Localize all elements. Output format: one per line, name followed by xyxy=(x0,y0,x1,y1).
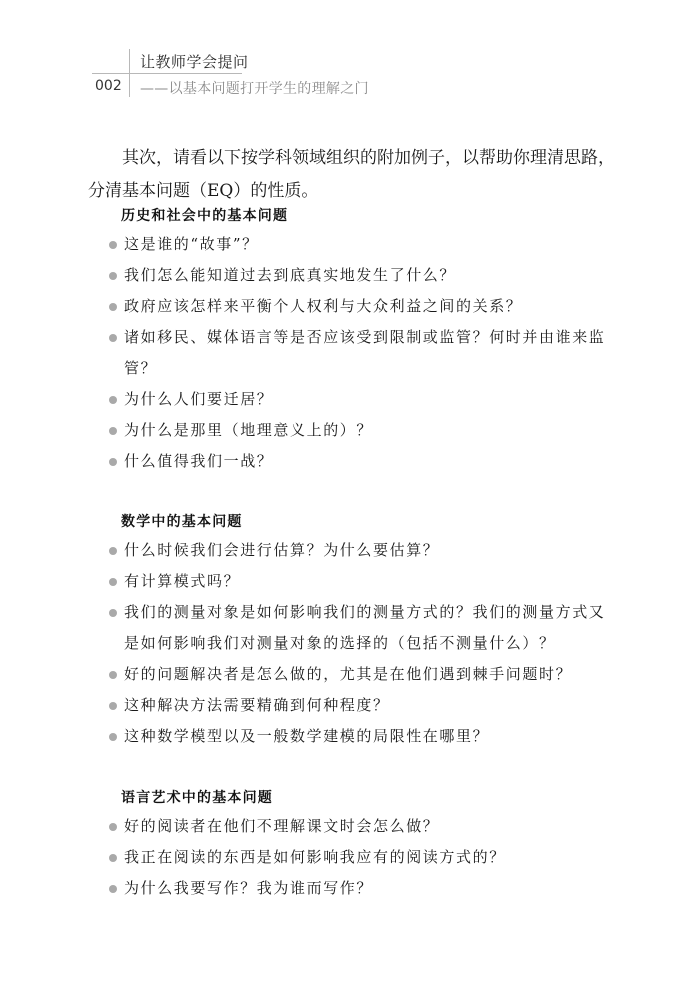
book-title: 让教师学会提问 xyxy=(140,51,249,72)
list-item-text: 这种数学模型以及一般数学建模的局限性在哪里？ xyxy=(124,727,489,745)
list-item: 为什么是那里（地理意义上的）？ xyxy=(108,415,608,446)
list-item: 什么时候我们会进行估算？为什么要估算？ xyxy=(108,535,608,566)
bullet-icon xyxy=(109,702,117,710)
list-item-text: 我们的测量对象是如何影响我们的测量方式的？我们的测量方式又是如何影响我们对测量对… xyxy=(124,603,605,652)
list-item-text: 什么值得我们一战？ xyxy=(124,452,273,470)
bullet-icon xyxy=(109,885,117,893)
list-item: 我们怎么能知道过去到底真实地发生了什么？ xyxy=(108,260,608,291)
bullet-icon xyxy=(109,823,117,831)
list-item-text: 这是谁的“故事”？ xyxy=(124,235,259,253)
list-item-text: 这种解决方法需要精确到何种程度？ xyxy=(124,696,390,714)
list-item: 什么值得我们一战？ xyxy=(108,446,608,477)
bullet-icon xyxy=(109,547,117,555)
bullet-icon xyxy=(109,303,117,311)
list-item-text: 为什么是那里（地理意义上的）？ xyxy=(124,421,373,439)
list-item-text: 政府应该怎样来平衡个人权利与大众利益之间的关系？ xyxy=(124,297,522,315)
list-item: 好的阅读者在他们不理解课文时会怎么做？ xyxy=(108,811,608,842)
list-item: 我正在阅读的东西是如何影响我应有的阅读方式的？ xyxy=(108,842,608,873)
list-item: 这是谁的“故事”？ xyxy=(108,229,608,260)
list-item-text: 为什么我要写作？我为谁而写作？ xyxy=(124,879,373,897)
list-item-text: 好的阅读者在他们不理解课文时会怎么做？ xyxy=(124,817,439,835)
question-list-language-arts: 好的阅读者在他们不理解课文时会怎么做？ 我正在阅读的东西是如何影响我应有的阅读方… xyxy=(108,811,608,904)
bullet-icon xyxy=(109,854,117,862)
header-horizontal-rule xyxy=(92,73,242,74)
bullet-icon xyxy=(109,427,117,435)
list-item: 为什么我要写作？我为谁而写作？ xyxy=(108,873,608,904)
list-item: 好的问题解决者是怎么做的，尤其是在他们遇到棘手问题时？ xyxy=(108,659,608,690)
list-item: 诸如移民、媒体语言等是否应该受到限制或监管？何时并由谁来监管？ xyxy=(108,322,608,384)
list-item: 政府应该怎样来平衡个人权利与大众利益之间的关系？ xyxy=(108,291,608,322)
bullet-icon xyxy=(109,671,117,679)
list-item-text: 我正在阅读的东西是如何影响我应有的阅读方式的？ xyxy=(124,848,506,866)
bullet-icon xyxy=(109,396,117,404)
page-number: 002 xyxy=(95,78,122,94)
bullet-icon xyxy=(109,458,117,466)
section-title-language-arts: 语言艺术中的基本问题 xyxy=(121,787,273,807)
book-subtitle: ——以基本问题打开学生的理解之门 xyxy=(140,78,369,98)
list-item-text: 诸如移民、媒体语言等是否应该受到限制或监管？何时并由谁来监管？ xyxy=(124,328,605,377)
list-item-text: 什么时候我们会进行估算？为什么要估算？ xyxy=(124,541,439,559)
bullet-icon xyxy=(109,334,117,342)
section-title-math: 数学中的基本问题 xyxy=(121,511,243,531)
list-item-text: 我们怎么能知道过去到底真实地发生了什么？ xyxy=(124,266,456,284)
bullet-icon xyxy=(109,272,117,280)
question-list-math: 什么时候我们会进行估算？为什么要估算？ 有计算模式吗？ 我们的测量对象是如何影响… xyxy=(108,535,608,752)
list-item: 我们的测量对象是如何影响我们的测量方式的？我们的测量方式又是如何影响我们对测量对… xyxy=(108,597,608,659)
section-title-history-society: 历史和社会中的基本问题 xyxy=(121,205,288,225)
bullet-icon xyxy=(109,733,117,741)
list-item: 有计算模式吗？ xyxy=(108,566,608,597)
bullet-icon xyxy=(109,241,117,249)
list-item-text: 为什么人们要迁居？ xyxy=(124,390,273,408)
question-list-history-society: 这是谁的“故事”？ 我们怎么能知道过去到底真实地发生了什么？ 政府应该怎样来平衡… xyxy=(108,229,608,477)
list-item-text: 好的问题解决者是怎么做的，尤其是在他们遇到棘手问题时？ xyxy=(124,665,572,683)
bullet-icon xyxy=(109,578,117,586)
list-item: 这种数学模型以及一般数学建模的局限性在哪里？ xyxy=(108,721,608,752)
bullet-icon xyxy=(109,609,117,617)
intro-paragraph-block: 其次，请看以下按学科领域组织的附加例子，以帮助你理清思路，分清基本问题（EQ）的… xyxy=(88,142,618,208)
list-item: 为什么人们要迁居？ xyxy=(108,384,608,415)
intro-paragraph: 其次，请看以下按学科领域组织的附加例子，以帮助你理清思路，分清基本问题（EQ）的… xyxy=(88,142,618,208)
list-item-text: 有计算模式吗？ xyxy=(124,572,240,590)
running-header: 让教师学会提问 002 ——以基本问题打开学生的理解之门 xyxy=(0,0,700,110)
list-item: 这种解决方法需要精确到何种程度？ xyxy=(108,690,608,721)
